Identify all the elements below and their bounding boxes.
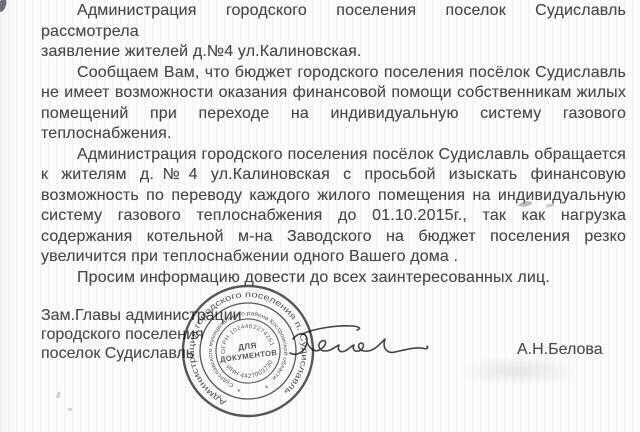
letter-line: систему газового теплоснабжения до 01.10…: [41, 206, 626, 227]
letter-line: содержания котельной м-на Заводского на …: [41, 227, 626, 248]
letter-line: заявление жителей д.№4 ул.Калиновская.: [41, 42, 626, 63]
scan-speck: [56, 392, 61, 399]
official-stamp: Администрация городского поселения п. Су…: [178, 281, 318, 421]
letter-line: увеличится при теплоснабжении одного Ваш…: [41, 247, 626, 268]
letter-body: Администрация городского поселения посел…: [41, 1, 626, 288]
scan-corner-smudge: [0, 0, 8, 13]
letter-line: Сообщаем Вам, что бюджет городского посе…: [41, 63, 626, 84]
stamp-separator-star: *: [265, 384, 269, 393]
letter-line: теплоснабжения.: [41, 124, 626, 145]
letter-line: Просим информацию довести до всех заинте…: [41, 268, 626, 289]
letter-line: Администрация городского поселения посёл…: [41, 145, 626, 166]
letter-line: Администрация городского поселения посел…: [41, 1, 626, 42]
scan-speck: [314, 254, 317, 257]
letter-line: не имеет возможности оказания финансовой…: [41, 83, 626, 104]
scan-speck: [68, 408, 72, 411]
stamp-separator-star: *: [237, 387, 241, 396]
scan-ghost-smudge: [455, 356, 585, 386]
letter-line: помещений при переходе на индивидуальную…: [41, 104, 626, 125]
letter-line: к жителям д.№4 ул.Калиновская с просьбой…: [41, 165, 626, 186]
letter-line: возможность по переводу каждого жилого п…: [41, 186, 626, 207]
